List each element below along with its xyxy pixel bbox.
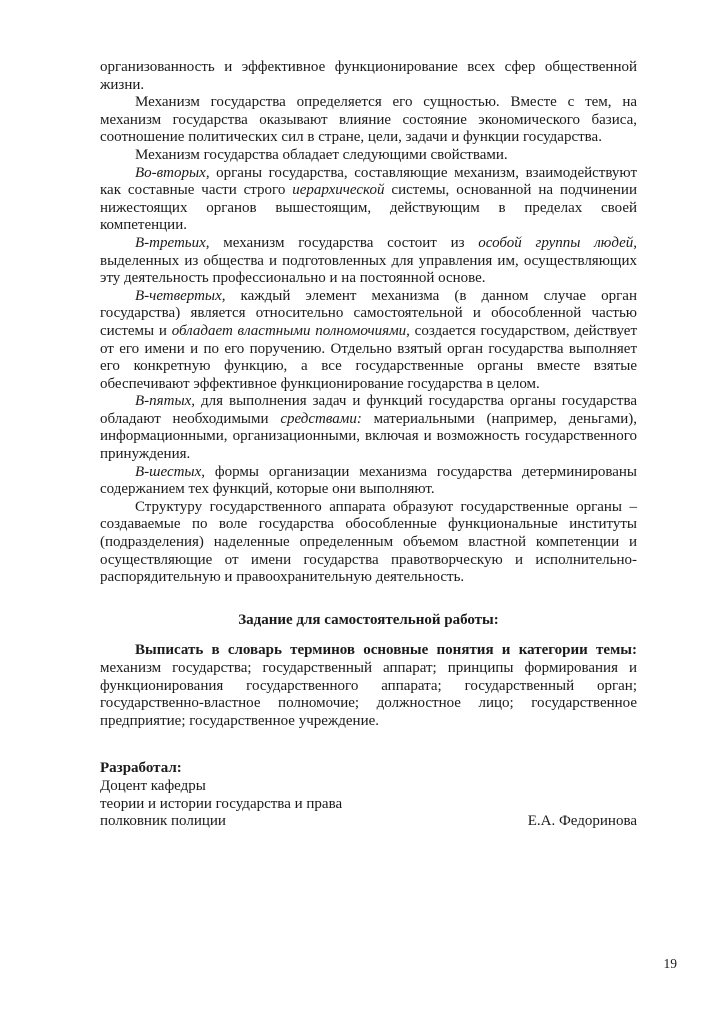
signature-line-department: Доцент кафедры (100, 778, 637, 796)
italic-text: обладает властными полномочиями, (172, 323, 410, 339)
paragraph: В-пятых, для выполнения задач и функций … (100, 393, 637, 463)
paragraph: организованность и эффективное функциони… (100, 59, 637, 94)
italic-text: В-пятых, (135, 393, 195, 409)
italic-text: В-четвертых, (135, 288, 225, 304)
bold-text: Выписать в словарь терминов основные пон… (135, 642, 637, 658)
page-footer: 19 (664, 956, 678, 972)
text-run: Механизм государства определяется его су… (100, 94, 637, 145)
italic-text: В-третьих, (135, 235, 210, 251)
text-run: механизм государства состоит из (210, 235, 479, 251)
page-content: организованность и эффективное функциони… (100, 59, 637, 831)
signature-row: полковник полиции Е.А. Федоринова (100, 813, 637, 831)
paragraph: Механизм государства обладает следующими… (100, 147, 637, 165)
paragraph: В-четвертых, каждый элемент механизма (в… (100, 288, 637, 394)
paragraph: Во-вторых, органы государства, составляю… (100, 165, 637, 235)
paragraph: В-шестых, формы организации механизма го… (100, 464, 637, 499)
assignment-paragraphs: Выписать в словарь терминов основные пон… (100, 642, 637, 730)
italic-text: Во-вторых, (135, 165, 210, 181)
body-paragraphs: организованность и эффективное функциони… (100, 59, 637, 587)
paragraph: Выписать в словарь терминов основные пон… (100, 642, 637, 730)
page-number: 19 (664, 956, 678, 971)
signature-line-chair: теории и истории государства и права (100, 796, 637, 814)
italic-text: иерархической (292, 182, 384, 198)
text-run: организованность и эффективное функциони… (100, 59, 637, 93)
signature-block: Разработал: Доцент кафедры теории и исто… (100, 760, 637, 830)
paragraph: В-третьих, механизм государства состоит … (100, 235, 637, 288)
text-run: выделенных из общества и подготовленных … (100, 253, 637, 287)
document-page: организованность и эффективное функциони… (0, 0, 724, 1024)
italic-text: В-шестых, (135, 464, 205, 480)
paragraph: Механизм государства определяется его су… (100, 94, 637, 147)
text-run: механизм государства; государственный ап… (100, 660, 637, 729)
signature-label: Разработал: (100, 760, 637, 778)
text-run: Структуру государственного аппарата обра… (100, 499, 637, 585)
assignment-heading: Задание для самостоятельной работы: (100, 612, 637, 630)
signature-position: полковник полиции (100, 813, 226, 831)
italic-text: средствами: (280, 411, 362, 427)
italic-text: особой группы людей, (478, 235, 637, 251)
text-run: Механизм государства обладает следующими… (135, 147, 508, 163)
signature-name: Е.А. Федоринова (528, 813, 637, 831)
paragraph: Структуру государственного аппарата обра… (100, 499, 637, 587)
